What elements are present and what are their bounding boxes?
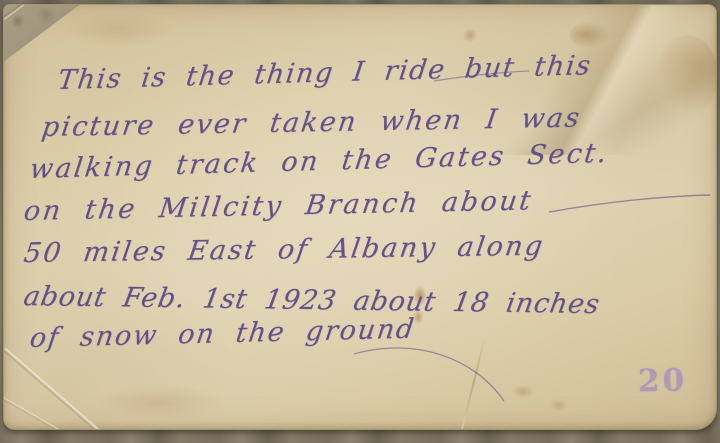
handwritten-line: picture ever taken when I was	[40, 103, 584, 143]
crease-bottom-left-2	[3, 395, 79, 430]
postcard-back: This is the thing I ride but this pictur…	[3, 4, 717, 430]
stain	[100, 385, 220, 419]
handwritten-line: of snow on the ground	[28, 314, 417, 355]
handwritten-line: walking track on the Gates Sect.	[28, 138, 611, 185]
handwritten-line: about Feb. 1st 1923 about 18 inches	[21, 281, 602, 320]
torn-corner	[3, 4, 82, 63]
crease-bottom-left	[3, 347, 120, 430]
stain	[656, 35, 717, 115]
stain	[570, 21, 610, 49]
stain	[496, 373, 586, 419]
stain	[462, 29, 478, 42]
scanned-card-photo: This is the thing I ride but this pictur…	[0, 0, 720, 443]
handwritten-line: on the Millcity Branch about	[22, 185, 535, 227]
handwritten-line: 50 miles East of Albany along	[22, 231, 547, 269]
stamp-number: 20	[638, 363, 688, 400]
handwritten-line: This is the thing I ride but this	[56, 50, 594, 96]
crease-bottom-center	[460, 336, 486, 430]
stain	[64, 11, 174, 47]
